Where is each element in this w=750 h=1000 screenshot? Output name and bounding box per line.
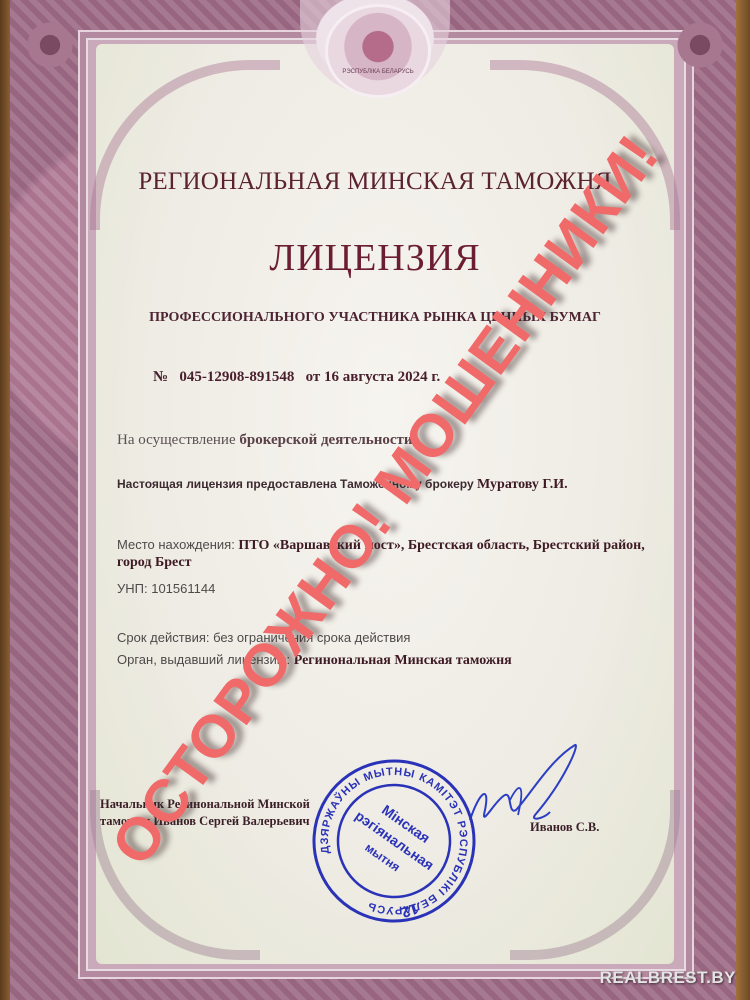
purpose-line: На осуществление брокерской деятельности (117, 432, 413, 449)
location-label: Место нахождения: (117, 537, 238, 552)
location-value-cont: город Брест (117, 555, 192, 571)
license-date: от 16 августа 2024 г. (306, 369, 441, 385)
issuing-body-value: Регинональная Минская таможня (294, 653, 512, 668)
document-subtitle: ПРОФЕССИОНАЛЬНОГО УЧАСТНИКА РЫНКА ЦЕННЫХ… (0, 310, 750, 326)
unp-field: УНП: 101561144 (117, 581, 215, 596)
wood-table-right (736, 0, 750, 1000)
number-sign: № (153, 369, 168, 385)
license-number: 045-12908-891548 (179, 369, 294, 385)
emblem-caption: РЭСПУБЛІКА БЕЛАРУСЬ (328, 69, 428, 76)
official-stamp: ДЗЯРЖАЎНЫ МЫТНЫ КАМІТЭТ РЭСПУБЛІКІ БЕЛАР… (310, 757, 478, 925)
purpose-prefix: На осуществление (117, 432, 239, 448)
source-watermark: REALBREST.BY (600, 968, 736, 988)
document-title: ЛИЦЕНЗИЯ (0, 236, 750, 280)
grantee-line: Настоящая лицензия предоставлена Таможен… (117, 476, 568, 493)
wood-table-left (0, 0, 10, 1000)
license-number-line: № 045-12908-891548 от 16 августа 2024 г. (153, 369, 440, 386)
location-value: ПТО «Варшавский мост», Брестская область… (238, 538, 644, 553)
belarus-coat-of-arms-icon: РЭСПУБЛІКА БЕЛАРУСЬ (325, 4, 431, 98)
grantee-name: Муратову Г.И. (477, 477, 568, 492)
